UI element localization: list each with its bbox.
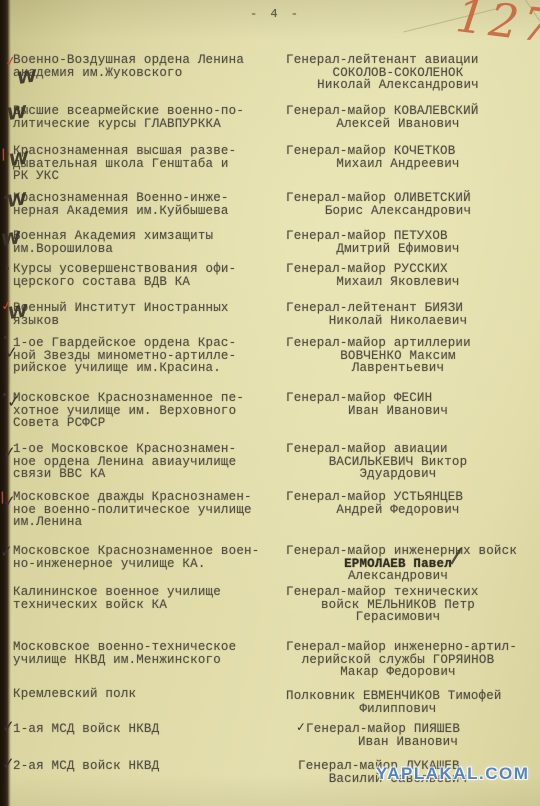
commander-cell: Генерал-майор артиллерии ВОВЧЕНКО Максим… [286,337,536,375]
pencil-w-icon: W [16,68,38,87]
pencil-check-icon: ✓ [1,718,16,735]
institution-cell: Военный Институт Иностранных языков [13,302,277,327]
institution-cell: Московское Краснознаменное пе- хотное уч… [13,392,277,430]
typed-line: училище НКВД им.Менжинского [13,654,277,667]
typed-line: связи ВВС КА [13,468,277,481]
typed-line: Генерал-майор КОВАЛЕВСКИЙ [286,105,536,118]
pencil-check-icon: ✓ [296,721,307,734]
typed-line: Генерал-майор инженерно-артил- [286,641,536,654]
typed-line: Николай Николаевич [286,315,536,328]
institution-cell: 1-ое Гвардейское ордена Крас- ной Звезды… [13,337,277,375]
pencil-check-icon: ✓ [6,393,21,410]
institution-cell: Военно-Воздушная ордена Ленина академия … [13,54,277,79]
typed-line: Генерал-майор УСТЬЯНЦЕВ [286,491,536,504]
institution-cell: 2-ая МСД войск НКВД [13,760,277,773]
institution-cell: Курсы усовершенствования офи- церского с… [13,263,277,288]
commander-cell: Генерал-майор РУССКИХ Михаил Яковлевич [286,263,536,288]
typed-line: Военный Институт Иностранных [13,302,277,315]
typed-line: Генерал-майор РУССКИХ [286,263,536,276]
typed-line: Лаврентьевич [286,362,536,375]
commander-cell: Генерал-майор УСТЬЯНЦЕВ Андрей Федорович [286,491,536,516]
pencil-check-icon: ✓ [2,493,17,510]
typed-line: Алексей Иванович [286,118,536,131]
typed-line: Военная Академия химзащиты [13,230,277,243]
typed-line: 2-ая МСД войск НКВД [13,760,277,773]
typed-line: Военно-Воздушная ордена Ленина [13,54,277,67]
institution-cell: 1-ая МСД войск НКВД [13,723,277,736]
pencil-w-icon: W [0,230,22,249]
typed-line: Генерал-майор артиллерии [286,337,536,350]
typed-line: Генерал-лейтенант БИЯЗИ [286,302,536,315]
commander-cell: Генерал-майор инженерных войск ЕРМОЛАЕВ … [286,545,536,583]
typed-line: языков [13,315,277,328]
ink-dot-icon [6,267,9,270]
typed-line: Генерал-майор ПЕТУХОВ [286,230,536,243]
typed-line: Генерал-майор инженерных войск [286,545,536,558]
typed-line: Генерал-майор ПИЯШЕВ [306,723,536,736]
pencil-w-icon: W [6,104,28,123]
typed-line: но-инженерное училище КА. [13,558,277,571]
institution-cell: Краснознаменная высшая разве- дывательна… [13,145,277,183]
typed-line: 1-ое Московское Краснознамен- [13,443,277,456]
institution-cell: Московское Краснознаменное воен- но-инже… [13,545,277,570]
typed-line: Генерал-майор авиации [286,443,536,456]
typed-line: им.Ленина [13,516,277,529]
typed-line: Краснознаменная высшая разве- [13,145,277,158]
typed-line: академия им.Жуковского [13,67,277,80]
typed-line: Московское Краснознаменное воен- [13,545,277,558]
scanned-document-page: - 4 - 127 8. 7. 2 ✓ W W / W W W ✓ W ✓ ✓ … [0,0,540,806]
typed-line: Генерал-лейтенант авиации [286,54,536,67]
pencil-w-icon: W [8,150,30,169]
typed-line: Герасимович [286,611,536,624]
institution-cell: Московское дважды Краснознамен- ное воен… [13,491,277,529]
commander-cell: Генерал-майор ФЕСИН Иван Иванович [286,392,536,417]
typed-line: РК УКС [13,170,277,183]
commander-cell: Генерал-лейтенант авиации СОКОЛОВ-СОКОЛЕ… [286,54,536,92]
typed-line: Совета РСФСР [13,417,277,430]
typed-line: Генерал-майор КОЧЕТКОВ [286,145,536,158]
typed-line: Московское дважды Краснознамен- [13,491,277,504]
typed-line: литические курсы ГЛАВПУРККА [13,118,277,131]
typed-line: Николай Александрович [286,79,536,92]
typed-line: Михаил Андреевич [286,158,536,171]
typed-line: Андрей Федорович [286,504,536,517]
typed-line: Краснознаменная Военно-инже- [13,192,277,205]
yaplakal-watermark: YAPLAKAL.COM [376,764,529,784]
pencil-check-icon: ✓ [4,344,19,361]
typed-line: технических войск КА [13,599,277,612]
commander-cell: Генерал-майор технических войск МЕЛЬНИКО… [286,586,536,624]
typed-line: Филиппович [286,703,536,716]
red-check-icon: ✓ [4,54,18,70]
institution-cell: Московское военно-техническое училище НК… [13,641,277,666]
typed-line: нерная Академия им.Куйбышева [13,205,277,218]
typed-line: Московское военно-техническое [13,641,277,654]
commander-cell: Генерал-майор КОВАЛЕВСКИЙ Алексей Иванов… [286,105,536,130]
commander-cell: Генерал-майор ПИЯШЕВ Иван Иванович [306,723,536,748]
pencil-check-icon: ✓ [2,444,17,461]
typed-line: церского состава ВДВ КА [13,276,277,289]
institution-cell: Военная Академия химзащиты им.Ворошилова [13,230,277,255]
institution-cell: Краснознаменная Военно-инже- нерная Акад… [13,192,277,217]
handwritten-page-number: 127 [453,0,540,54]
typed-page-number: - 4 - [250,7,301,21]
typed-line: 1-ая МСД войск НКВД [13,723,277,736]
typed-line: Генерал-майор ОЛИВЕТСКИЙ [286,192,536,205]
commander-cell: Генерал-майор КОЧЕТКОВ Михаил Андреевич [286,145,536,170]
institution-cell: Высшие всеармейские военно-по- литически… [13,105,277,130]
typed-line: Александрович [286,570,536,583]
institution-cell: Кремлевский полк [13,688,277,701]
typed-line: Борис Александрович [286,205,536,218]
commander-cell: Генерал-майор инженерно-артил- лерийской… [286,641,536,679]
typed-line: Калининское военное училище [13,586,277,599]
pencil-w-icon: W [6,191,28,210]
typed-line: Дмитрий Ефимович [286,243,536,256]
commander-cell: Генерал-майор ПЕТУХОВ Дмитрий Ефимович [286,230,536,255]
typed-line: Генерал-майор технических [286,586,536,599]
typed-line: Московское Краснознаменное пе- [13,392,277,405]
commander-cell: Генерал-майор авиации ВАСИЛЬКЕВИЧ Виктор… [286,443,536,481]
typed-line: Иван Иванович [286,405,536,418]
pencil-w-icon: W [7,303,29,322]
pencil-check-icon: ✓ [0,543,14,560]
typed-line: Высшие всеармейские военно-по- [13,105,277,118]
typed-line: Полковник ЕВМЕНЧИКОВ Тимофей [286,690,536,703]
commander-cell: Генерал-лейтенант БИЯЗИ Николай Николаев… [286,302,536,327]
typed-line: Кремлевский полк [13,688,277,701]
commander-cell: Генерал-майор ОЛИВЕТСКИЙ Борис Александр… [286,192,536,217]
typed-line: Курсы усовершенствования офи- [13,263,277,276]
typed-line: рийское училище им.Красина. [13,362,277,375]
typed-line: Генерал-майор ФЕСИН [286,392,536,405]
institution-cell: Калининское военное училище технических … [13,586,277,611]
typed-line: Макар Федорович [286,666,536,679]
commander-cell: Полковник ЕВМЕНЧИКОВ Тимофей Филиппович [286,690,536,715]
typed-line: Иван Иванович [306,736,536,749]
typed-line: им.Ворошилова [13,243,277,256]
typed-line: Михаил Яковлевич [286,276,536,289]
typed-line: Эдуардович [286,468,536,481]
typed-line: 1-ое Гвардейское ордена Крас- [13,337,277,350]
institution-cell: 1-ое Московское Краснознамен- ное ордена… [13,443,277,481]
pencil-check-icon: ✓ [1,755,16,772]
ink-dot-icon [4,336,7,339]
